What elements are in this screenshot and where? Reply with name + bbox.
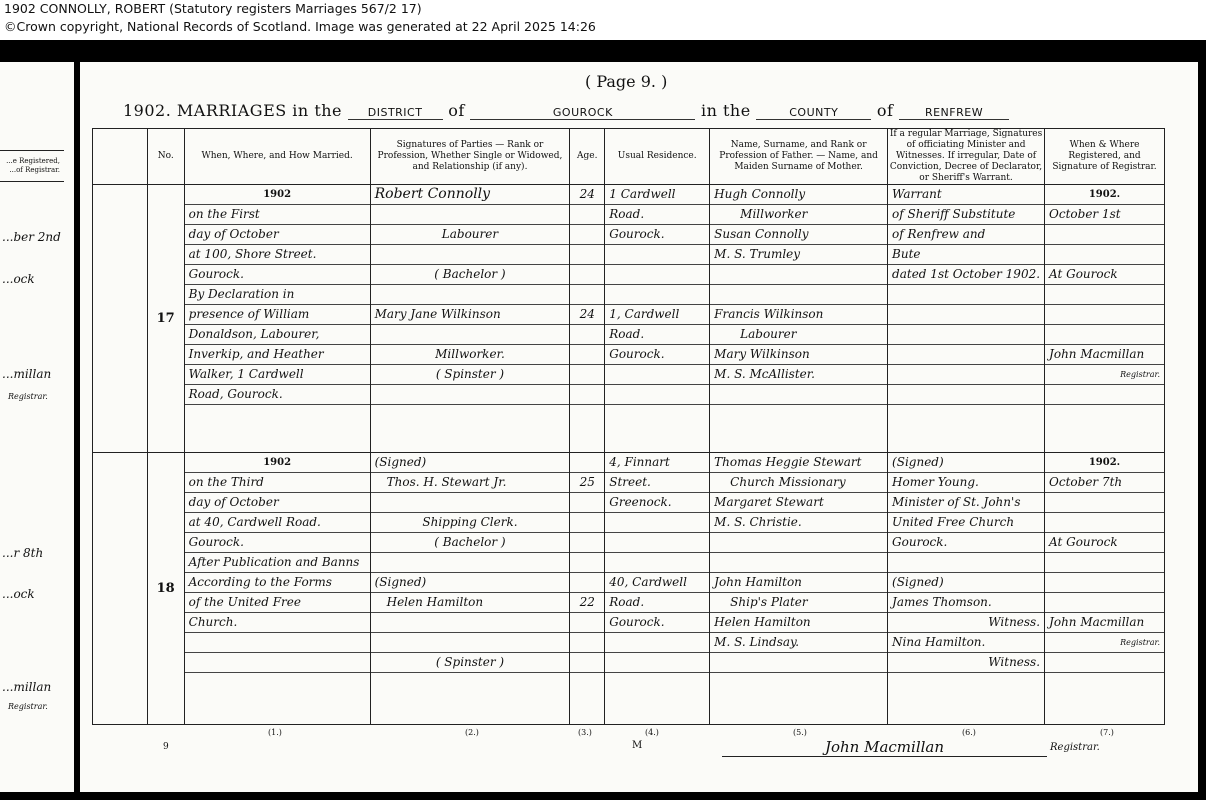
groom-residence: Greenock. — [605, 493, 709, 513]
margin-cell — [93, 453, 148, 725]
col-header-no: No. — [147, 129, 184, 185]
parties: (Signed) Thos. H. Stewart Jr. Shipping C… — [370, 453, 570, 725]
col-header-registered: When & Where Registered, and Signature o… — [1045, 129, 1165, 185]
bride-mother: Helen Hamilton — [710, 613, 887, 633]
groom-rank: Shipping Clerk. — [371, 513, 570, 533]
registration-date: October 7th — [1045, 473, 1164, 493]
left-page-header: ...e Registered, ...of Registrar. — [0, 150, 64, 182]
bride-residence: Road. — [605, 593, 709, 613]
warrant-line: Bute — [888, 245, 1044, 265]
groom-residence: Gourock. — [605, 225, 709, 245]
groom-signed-label: (Signed) — [371, 453, 570, 473]
district-name: GOUROCK — [470, 106, 695, 120]
ages: 25 22 — [570, 453, 605, 725]
bride-father-rank: Ship's Plater — [710, 593, 887, 613]
col-header-parents: Name, Surname, and Rank or Profession of… — [710, 129, 888, 185]
margin-mark: M — [632, 740, 642, 751]
groom-status: ( Bachelor ) — [371, 265, 570, 285]
register-year: 1902 — [123, 101, 166, 120]
column-number-5: (5.) — [793, 728, 807, 737]
left-page-entry2-place: ...ock — [2, 587, 35, 601]
marriage-how-line: presence of William — [185, 305, 370, 325]
bride-residence: 1, Cardwell — [605, 305, 709, 325]
registrar-label: Registrar. — [1045, 633, 1164, 653]
groom-signature: Thos. H. Stewart Jr. — [371, 473, 570, 493]
minister-signed-label: (Signed) — [888, 453, 1044, 473]
record-title: 1902 CONNOLLY, ROBERT (Statutory registe… — [4, 0, 596, 18]
groom-rank: Labourer — [371, 225, 570, 245]
groom-age: 25 — [570, 473, 604, 493]
groom-residence: Street. — [605, 473, 709, 493]
page-mark: 9 — [163, 742, 169, 752]
title-text: . MARRIAGES in the — [166, 101, 342, 120]
bride-signed-label: (Signed) — [371, 573, 570, 593]
groom-age: 24 — [570, 185, 604, 205]
column-number-4: (4.) — [645, 728, 659, 737]
page-number: ( Page 9. ) — [585, 72, 667, 91]
marriage-place: at 100, Shore Street. — [185, 245, 370, 265]
registration: 1902. October 1st At Gourock John Macmil… — [1045, 185, 1165, 453]
ages: 24 24 — [570, 185, 605, 453]
registrar-label: Registrar. — [1045, 365, 1164, 385]
groom-mother-maiden: M. S. Christie. — [710, 513, 887, 533]
warrant-date: dated 1st October 1902. — [888, 265, 1044, 285]
bride-residence: Road. — [605, 325, 709, 345]
minister-town: Gourock. — [888, 533, 1044, 553]
marriage-register-table: No. When, Where, and How Married. Signat… — [92, 128, 1165, 725]
footer-registrar-label: Registrar. — [1050, 742, 1100, 753]
marriage-month: day of October — [185, 225, 370, 245]
witness-1-name: James Thomson. — [888, 593, 1044, 613]
bride-father-rank: Labourer — [710, 325, 887, 345]
minister-or-warrant: Warrant of Sheriff Substitute of Renfrew… — [888, 185, 1045, 453]
image-caption: 1902 CONNOLLY, ROBERT (Statutory registe… — [4, 0, 596, 36]
registration-place: At Gourock — [1045, 533, 1164, 553]
usual-residence: 4, Finnart Street. Greenock. 40, Cardwel… — [605, 453, 710, 725]
registration: 1902. October 7th At Gourock John Macmil… — [1045, 453, 1165, 725]
copyright-line: ©Crown copyright, National Records of Sc… — [4, 18, 596, 36]
parents: Thomas Heggie Stewart Church Missionary … — [710, 453, 888, 725]
when-where-how: 1902 on the First day of October at 100,… — [184, 185, 370, 453]
bride-father: Francis Wilkinson — [710, 305, 887, 325]
usual-residence: 1 Cardwell Road. Gourock. 1, Cardwell Ro… — [605, 185, 710, 453]
left-page-entry2-label: Registrar. — [8, 702, 48, 711]
minister-church: United Free Church — [888, 513, 1044, 533]
groom-status: ( Bachelor ) — [371, 533, 570, 553]
marriage-how-line: Inverkip, and Heather — [185, 345, 370, 365]
bride-residence: Gourock. — [605, 613, 709, 633]
entry-number: 18 — [147, 453, 184, 725]
column-number-2: (2.) — [465, 728, 479, 737]
registration-place: At Gourock — [1045, 265, 1164, 285]
groom-father-rank: Church Missionary — [710, 473, 887, 493]
marriage-how-line: of the United Free — [185, 593, 370, 613]
left-page-entry2-date: ...r 8th — [2, 546, 43, 560]
left-page-entry1-label: Registrar. — [8, 392, 48, 401]
left-page-entry1-place: ...ock — [2, 272, 35, 286]
marriage-day: on the First — [185, 205, 370, 225]
marriage-how-line: Walker, 1 Cardwell — [185, 365, 370, 385]
marriage-how-line: Church. — [185, 613, 370, 633]
marriage-year: 1902 — [185, 453, 370, 473]
bride-status: ( Spinster ) — [371, 653, 570, 673]
when-where-how: 1902 on the Third day of October at 40, … — [184, 453, 370, 725]
table-header-row: No. When, Where, and How Married. Signat… — [93, 129, 1165, 185]
col-header-when: When, Where, and How Married. — [184, 129, 370, 185]
margin-col-header — [93, 129, 148, 185]
groom-residence: 1 Cardwell — [605, 185, 709, 205]
table-row-entry-17: 17 1902 on the First day of October at 1… — [93, 185, 1165, 453]
column-number-7: (7.) — [1100, 728, 1114, 737]
bride-mother-maiden: M. S. McAllister. — [710, 365, 887, 385]
county-type: COUNTY — [756, 106, 871, 120]
entry-number: 17 — [147, 185, 184, 453]
column-number-3: (3.) — [578, 728, 592, 737]
bride-mother: Mary Wilkinson — [710, 345, 887, 365]
parties: Robert Connolly Labourer ( Bachelor ) Ma… — [370, 185, 570, 453]
groom-residence: 4, Finnart — [605, 453, 709, 473]
bride-residence: 40, Cardwell — [605, 573, 709, 593]
groom-father: Thomas Heggie Stewart — [710, 453, 887, 473]
marriage-day: on the Third — [185, 473, 370, 493]
witness-2-label: Witness. — [888, 653, 1044, 673]
bride-father: John Hamilton — [710, 573, 887, 593]
of-label: of — [448, 101, 465, 120]
bride-mother-maiden: M. S. Lindsay. — [710, 633, 887, 653]
marriage-how-line: Donaldson, Labourer, — [185, 325, 370, 345]
col-header-age: Age. — [570, 129, 605, 185]
left-page-entry2-registrar: ...millan — [2, 680, 51, 694]
groom-father-rank: Millworker — [710, 205, 887, 225]
footer-registrar-signature: John Macmillan — [722, 738, 1047, 757]
marriage-how-line: According to the Forms — [185, 573, 370, 593]
minister-name: Homer Young. — [888, 473, 1044, 493]
marriage-how: By Declaration in — [185, 285, 370, 305]
parents: Hugh Connolly Millworker Susan Connolly … — [710, 185, 888, 453]
column-number-1: (1.) — [268, 728, 282, 737]
minister-title: Minister of St. John's — [888, 493, 1044, 513]
groom-father: Hugh Connolly — [710, 185, 887, 205]
groom-mother: Margaret Stewart — [710, 493, 887, 513]
col-header-residence: Usual Residence. — [605, 129, 710, 185]
column-number-6: (6.) — [962, 728, 976, 737]
registration-date: October 1st — [1045, 205, 1164, 225]
groom-mother: Susan Connolly — [710, 225, 887, 245]
col-header-minister: If a regular Marriage, Signatures of off… — [888, 129, 1045, 185]
district-type: DISTRICT — [348, 106, 443, 120]
in-the-label: in the — [701, 101, 751, 120]
marriage-month: day of October — [185, 493, 370, 513]
minister-and-witnesses: (Signed) Homer Young. Minister of St. Jo… — [888, 453, 1045, 725]
bride-rank: Millworker. — [371, 345, 570, 365]
warrant-line: Warrant — [888, 185, 1044, 205]
marriage-place-town: Gourock. — [185, 265, 370, 285]
witness-2-name: Nina Hamilton. — [888, 633, 1044, 653]
bride-signature: Helen Hamilton — [371, 593, 570, 613]
bride-age: 22 — [570, 593, 604, 613]
margin-cell — [93, 185, 148, 453]
left-page-fragment: ...e Registered, ...of Registrar. ...ber… — [0, 62, 74, 792]
marriage-place-town: Gourock. — [185, 533, 370, 553]
marriage-year: 1902 — [185, 185, 370, 205]
registration-year: 1902. — [1045, 453, 1164, 473]
marriage-place: at 40, Cardwell Road. — [185, 513, 370, 533]
bride-residence: Gourock. — [605, 345, 709, 365]
county-name: RENFREW — [899, 106, 1009, 120]
warrant-line: of Renfrew and — [888, 225, 1044, 245]
bride-signature: Mary Jane Wilkinson — [371, 305, 570, 325]
left-page-entry1-registrar: ...millan — [2, 367, 51, 381]
marriage-how-line: Road, Gourock. — [185, 385, 370, 405]
warrant-line: of Sheriff Substitute — [888, 205, 1044, 225]
groom-residence: Road. — [605, 205, 709, 225]
table-row-entry-18: 18 1902 on the Third day of October at 4… — [93, 453, 1165, 725]
registration-year: 1902. — [1045, 185, 1164, 205]
groom-mother-maiden: M. S. Trumley — [710, 245, 887, 265]
witness-1-label: Witness. — [888, 613, 1044, 633]
bride-age: 24 — [570, 305, 604, 325]
of-label-2: of — [877, 101, 894, 120]
registrar-signature: John Macmillan — [1045, 613, 1164, 633]
bride-status: ( Spinster ) — [371, 365, 570, 385]
witness-signed-label: (Signed) — [888, 573, 1044, 593]
marriage-how: After Publication and Banns — [185, 553, 370, 573]
registrar-signature: John Macmillan — [1045, 345, 1164, 365]
register-title: 1902. MARRIAGES in the DISTRICT of GOURO… — [123, 101, 1009, 120]
col-header-parties: Signatures of Parties — Rank or Professi… — [370, 129, 570, 185]
left-page-entry1-date: ...ber 2nd — [2, 230, 61, 244]
groom-signature: Robert Connolly — [371, 185, 570, 205]
